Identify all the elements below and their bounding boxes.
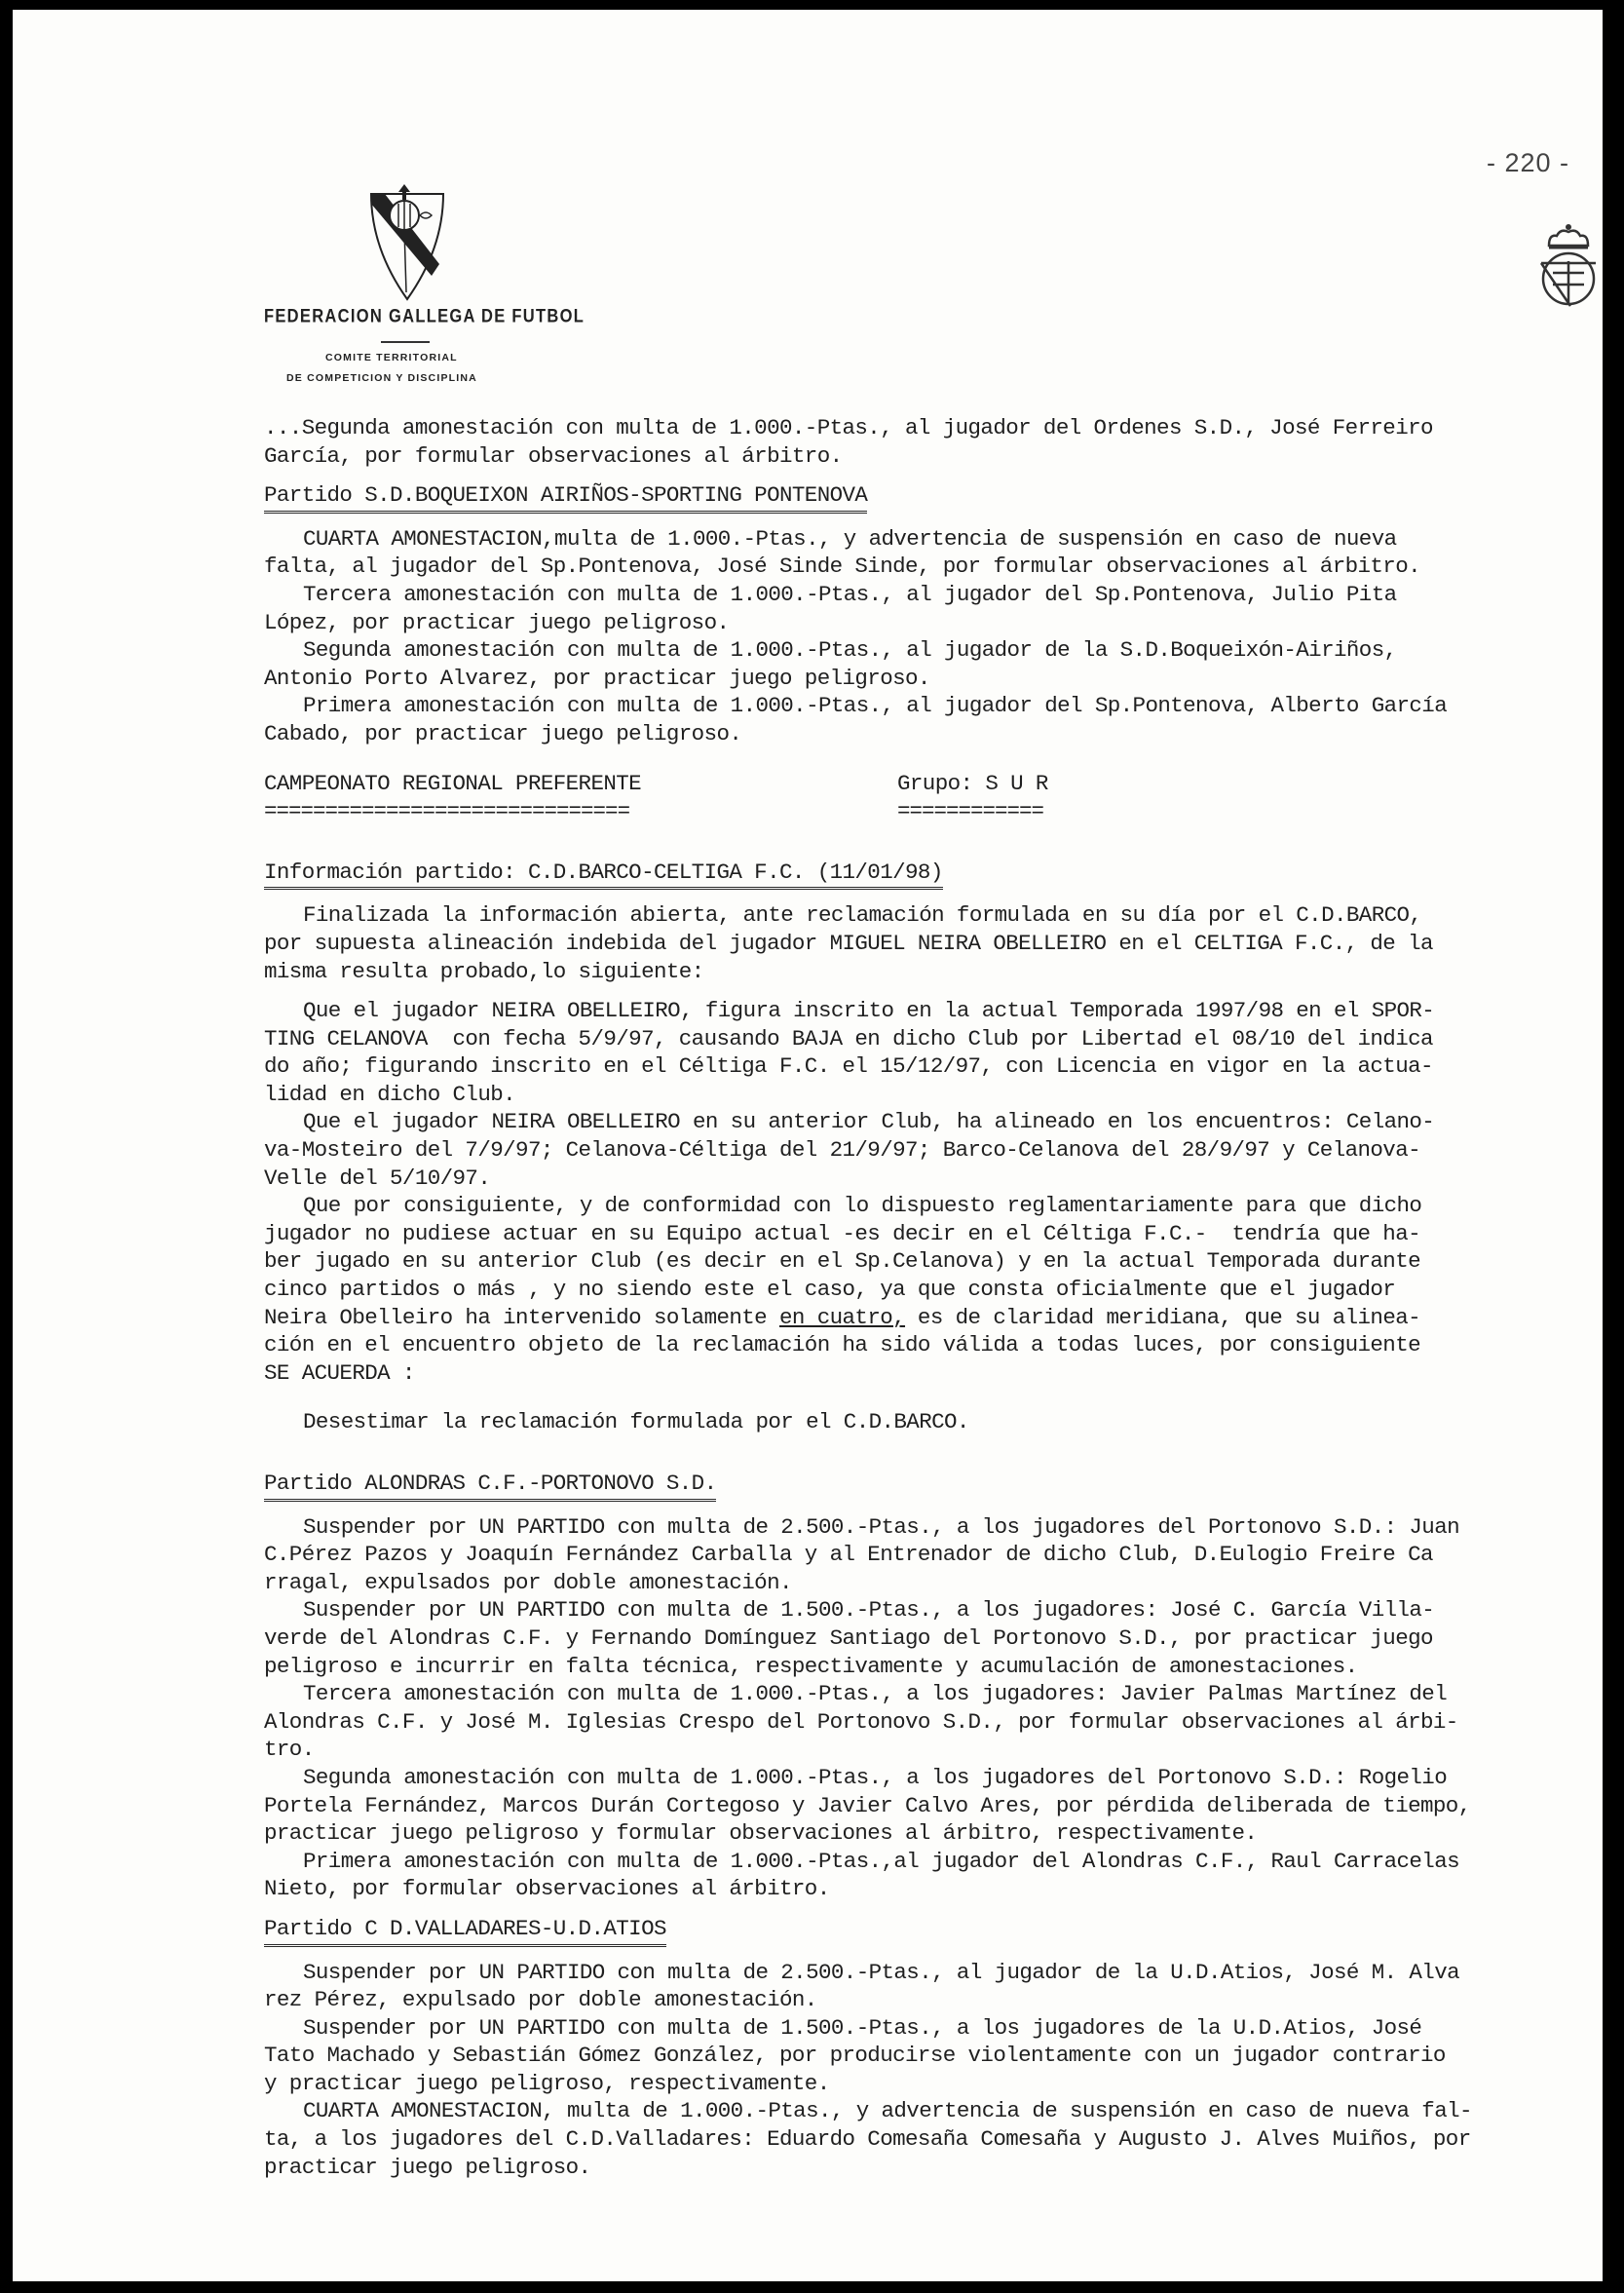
intro-paragraph: ...Segunda amonestación con multa de 1.0… <box>264 414 1589 470</box>
text-line: tro. <box>264 1736 1589 1764</box>
text-line: Primera amonestación con multa de 1.000.… <box>264 1848 1589 1876</box>
text-line: Cabado, por practicar juego peligroso. <box>264 720 1589 748</box>
text-line: lidad en dicho Club. <box>264 1081 1589 1109</box>
text-line: Suspender por UN PARTIDO con multa de 2.… <box>264 1959 1589 1987</box>
text-line: CUARTA AMONESTACION,multa de 1.000.-Ptas… <box>264 525 1589 554</box>
text-line: Segunda amonestación con multa de 1.000.… <box>264 636 1589 665</box>
text-line: y practicar juego peligroso, respectivam… <box>264 2070 1589 2098</box>
section-heading: Información partido: C.D.BARCO-CELTIGA F… <box>264 859 943 891</box>
text-line: practicar juego peligroso. <box>264 2154 1589 2182</box>
text-fragment: Neira Obelleiro ha intervenido solamente <box>264 1305 779 1330</box>
text-line: falta, al jugador del Sp.Pontenova, José… <box>264 553 1589 581</box>
text-line: ta, a los jugadores del C.D.Valladares: … <box>264 2125 1589 2154</box>
resolution-text: Desestimar la reclamación formulada por … <box>264 1408 1589 1436</box>
committee-line-2: DE COMPETICION Y DISCIPLINA <box>286 372 477 384</box>
text-line: cinco partidos o más , y no siendo este … <box>264 1276 1589 1304</box>
fgf-shield-logo-icon <box>363 180 451 307</box>
text-line: C.Pérez Pazos y Joaquín Fernández Carbal… <box>264 1541 1589 1569</box>
text-line: TING CELANOVA con fecha 5/9/97, causando… <box>264 1025 1589 1053</box>
document-body: ...Segunda amonestación con multa de 1.0… <box>264 414 1589 2181</box>
text-line: Finalizada la información abierta, ante … <box>264 901 1589 930</box>
text-line: Antonio Porto Alvarez, por practicar jue… <box>264 665 1589 693</box>
agreement-label: SE ACUERDA : <box>264 1359 1589 1388</box>
text-line: misma resulta probado,lo siguiente: <box>264 958 1589 986</box>
championship-group-rule: ============ <box>897 797 1043 825</box>
text-line: jugador no pudiese actuar en su Equipo a… <box>264 1220 1589 1248</box>
committee-line-1: COMITE TERRITORIAL <box>325 352 458 363</box>
organization-divider <box>381 341 430 343</box>
championship-title-rule: ============================== <box>264 797 897 825</box>
section-match-boqueixon-pontenova: Partido S.D.BOQUEIXON AIRIÑOS-SPORTING P… <box>264 481 1589 747</box>
text-line: Nieto, por formular observaciones al árb… <box>264 1875 1589 1903</box>
section-inquiry-barco-celtiga: Información partido: C.D.BARCO-CELTIGA F… <box>264 859 1589 1436</box>
text-line: Suspender por UN PARTIDO con multa de 1.… <box>264 1596 1589 1624</box>
text-line: Alondras C.F. y José M. Iglesias Crespo … <box>264 1708 1589 1737</box>
championship-title: CAMPEONATO REGIONAL PREFERENTE <box>264 770 897 798</box>
text-line: Velle del 5/10/97. <box>264 1165 1589 1193</box>
text-line: CUARTA AMONESTACION, multa de 1.000.-Pta… <box>264 2097 1589 2125</box>
text-line: va-Mosteiro del 7/9/97; Celanova-Céltiga… <box>264 1136 1589 1165</box>
section-heading: Partido ALONDRAS C.F.-PORTONOVO S.D. <box>264 1470 716 1502</box>
text-line: rez Pérez, expulsado por doble amonestac… <box>264 1986 1589 2014</box>
text-line: Tercera amonestación con multa de 1.000.… <box>264 1680 1589 1708</box>
organization-name: FEDERACION GALLEGA DE FUTBOL <box>264 307 585 328</box>
text-line: ber jugado en su anterior Club (es decir… <box>264 1247 1589 1276</box>
section-match-valladares-atios: Partido C D.VALLADARES-U.D.ATIOS Suspend… <box>264 1915 1589 2181</box>
page-number: - 220 - <box>1487 148 1569 178</box>
rfef-crest-icon <box>1535 218 1602 308</box>
text-fragment: es de claridad meridiana, que su alinea- <box>905 1305 1420 1330</box>
text-line: Portela Fernández, Marcos Durán Cortegos… <box>264 1792 1589 1820</box>
text-line: practicar juego peligroso y formular obs… <box>264 1819 1589 1848</box>
text-line: García, por formular observaciones al ár… <box>264 442 1589 471</box>
text-line: peligroso e incurrir en falta técnica, r… <box>264 1653 1589 1681</box>
text-line: ción en el encuentro objeto de la reclam… <box>264 1331 1589 1359</box>
document-page: - 220 - FEDERACION GALLEGA DE FUTBOL COM… <box>13 10 1603 2281</box>
text-line: Segunda amonestación con multa de 1.000.… <box>264 1764 1589 1792</box>
text-line: por supuesta alineación indebida del jug… <box>264 930 1589 958</box>
text-line: ...Segunda amonestación con multa de 1.0… <box>264 414 1589 442</box>
text-line: Que el jugador NEIRA OBELLEIRO en su ant… <box>264 1108 1589 1136</box>
text-line: do año; figurando inscrito en el Céltiga… <box>264 1052 1589 1081</box>
section-heading: Partido C D.VALLADARES-U.D.ATIOS <box>264 1915 666 1947</box>
underlined-emphasis: en cuatro, <box>779 1305 905 1330</box>
text-line: verde del Alondras C.F. y Fernando Domín… <box>264 1624 1589 1653</box>
text-line: Neira Obelleiro ha intervenido solamente… <box>264 1304 1589 1332</box>
text-line: rragal, expulsados por doble amonestació… <box>264 1569 1589 1597</box>
text-line: Que el jugador NEIRA OBELLEIRO, figura i… <box>264 997 1589 1025</box>
text-line: Tercera amonestación con multa de 1.000.… <box>264 581 1589 609</box>
championship-header: CAMPEONATO REGIONAL PREFERENTE Grupo: S … <box>264 770 1589 825</box>
text-line: López, por practicar juego peligroso. <box>264 609 1589 637</box>
text-line: Suspender por UN PARTIDO con multa de 2.… <box>264 1513 1589 1542</box>
text-line: Primera amonestación con multa de 1.000.… <box>264 692 1589 720</box>
section-heading: Partido S.D.BOQUEIXON AIRIÑOS-SPORTING P… <box>264 481 867 514</box>
text-line: Suspender por UN PARTIDO con multa de 1.… <box>264 2014 1589 2043</box>
text-line: Tato Machado y Sebastián Gómez González,… <box>264 2042 1589 2070</box>
text-line: Que por consiguiente, y de conformidad c… <box>264 1192 1589 1220</box>
section-match-alondras-portonovo: Partido ALONDRAS C.F.-PORTONOVO S.D. Sus… <box>264 1470 1589 1903</box>
championship-group: Grupo: S U R <box>897 770 1048 798</box>
